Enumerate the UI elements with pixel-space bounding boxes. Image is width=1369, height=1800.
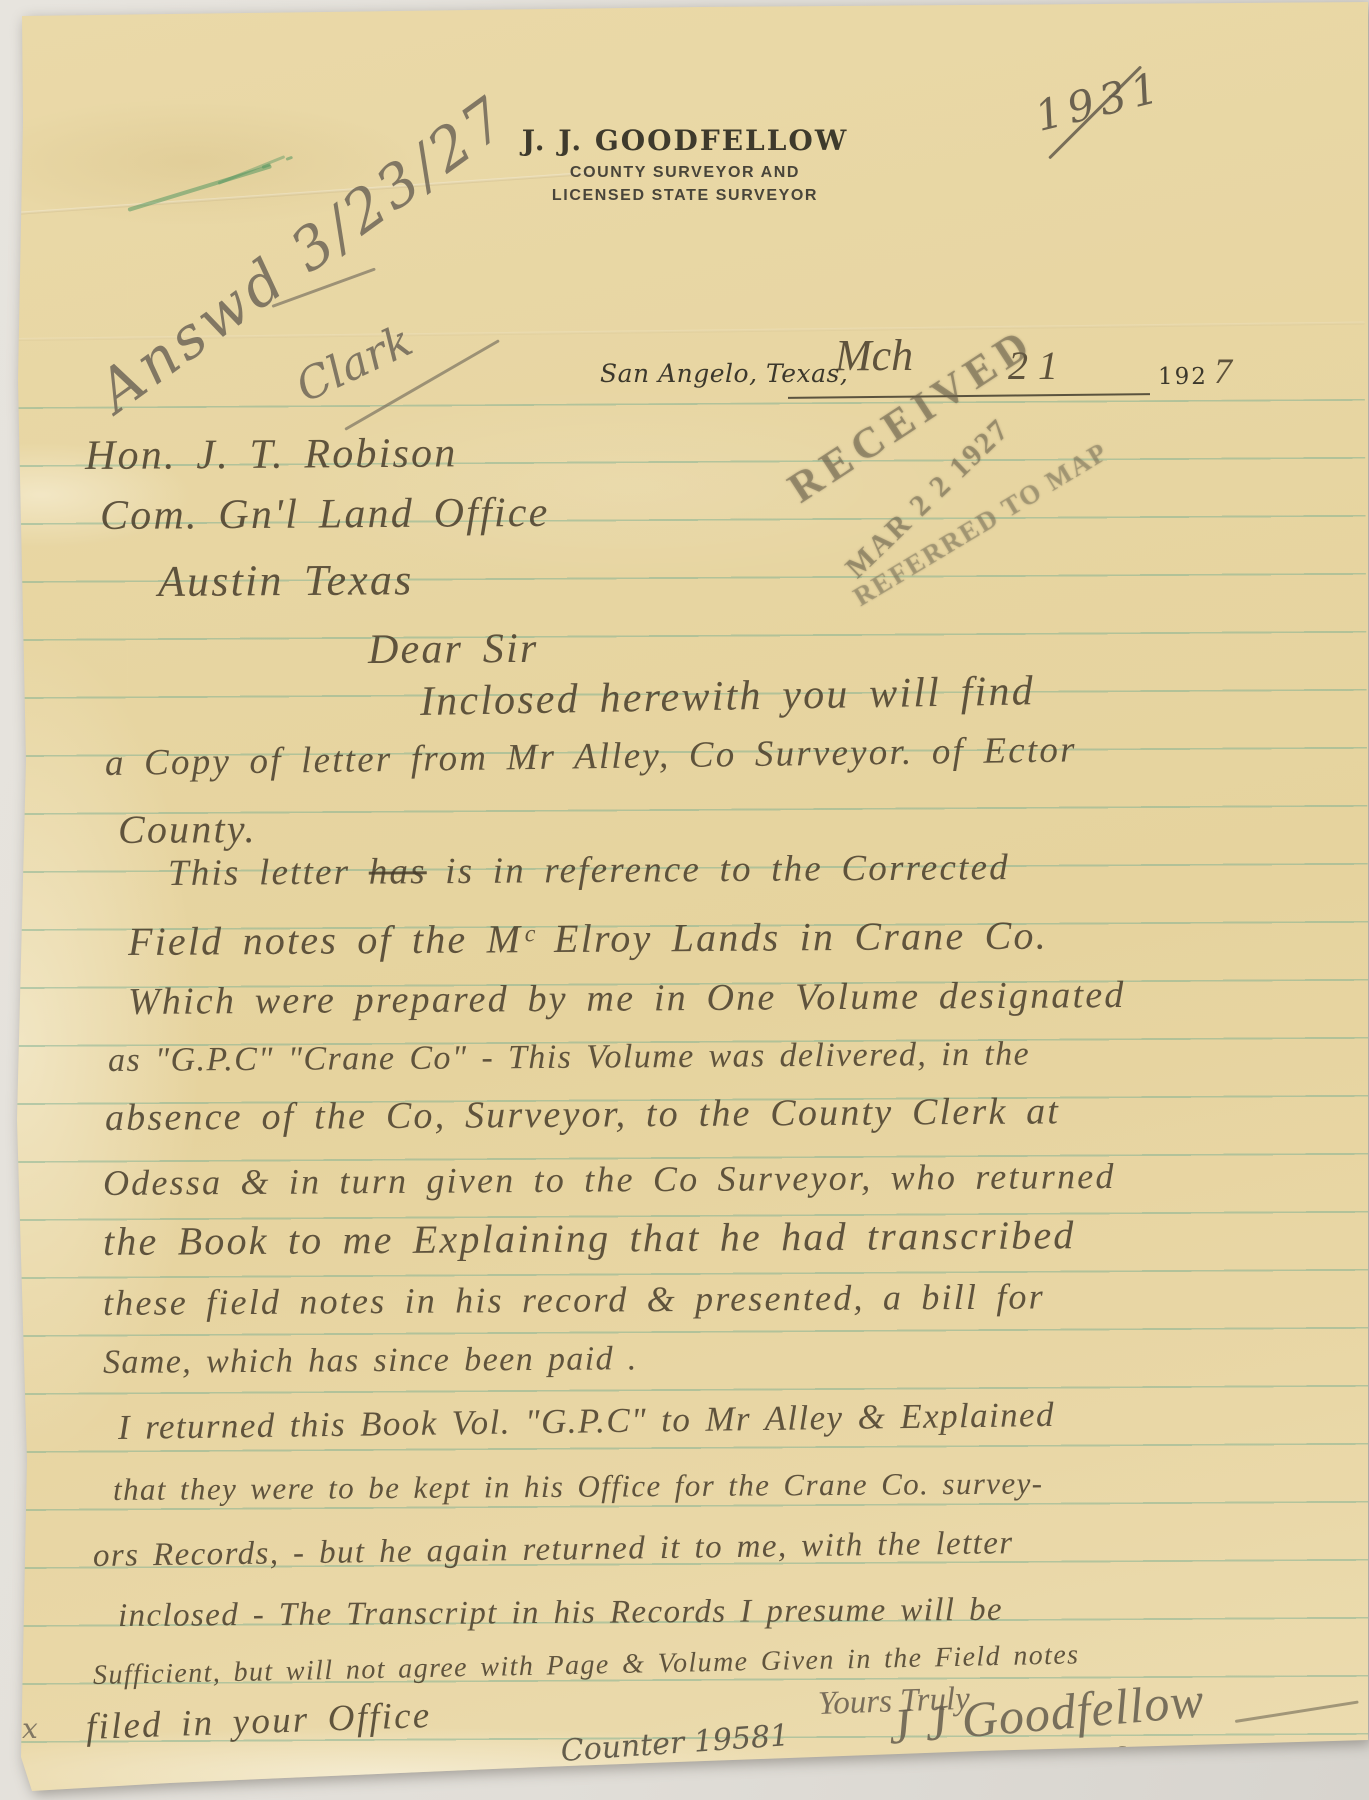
printed-dateline-place: San Angelo, Texas,: [600, 359, 848, 388]
handwritten-line: Same, which has since been paid .: [103, 1340, 638, 1382]
letterhead-name: J. J. GOODFELLOW: [520, 124, 850, 157]
paper-crease: [15, 172, 594, 215]
handwritten-line: Which were prepared by me in One Volume …: [128, 973, 1126, 1024]
handwritten-line: these field notes in his record & presen…: [103, 1275, 1045, 1324]
handwritten-line: County.: [118, 805, 257, 853]
written-year-digit: 7: [1214, 350, 1232, 392]
letter-paper: J. J. GOODFELLOW COUNTY SURVEYOR AND LIC…: [0, 0, 1369, 1800]
handwritten-line: Hon. J. T. Robison: [85, 429, 458, 480]
letterhead: J. J. GOODFELLOW COUNTY SURVEYOR AND LIC…: [520, 124, 850, 205]
filed-x-mark: x: [22, 1712, 38, 1745]
handwritten-line: inclosed - The Transcript in his Records…: [118, 1592, 1003, 1635]
handwritten-line: that they were to be kept in his Office …: [113, 1466, 1044, 1508]
handwritten-line: This letter has is in reference to the C…: [168, 846, 1010, 895]
letterhead-title-line1: COUNTY SURVEYOR AND: [520, 164, 850, 182]
handwritten-line: the Book to me Explaining that he had tr…: [103, 1211, 1076, 1265]
printed-year-prefix: 192: [1158, 364, 1208, 390]
handwritten-line: Odessa & in turn given to the Co Surveyo…: [103, 1155, 1116, 1204]
green-pencil-smudge: [217, 155, 285, 185]
handwritten-line: Dear Sir: [368, 625, 539, 674]
handwritten-line: as "G.P.C" "Crane Co" - This Volume was …: [108, 1036, 1030, 1080]
handwritten-line: Austin Texas: [158, 554, 414, 607]
handwritten-line: Com. Gn'l Land Office: [100, 489, 550, 540]
handwritten-line: absence of the Co, Surveyor, to the Coun…: [105, 1089, 1060, 1140]
file-number-annotation: 1931: [1030, 62, 1169, 141]
handwritten-line: Field notes of the Mᶜ Elroy Lands in Cra…: [128, 912, 1048, 965]
letterhead-title-line2: LICENSED STATE SURVEYOR: [520, 187, 850, 205]
paper-shadow-wrap: J. J. GOODFELLOW COUNTY SURVEYOR AND LIC…: [0, 0, 1369, 1800]
written-date-month: Mch: [835, 330, 913, 381]
green-pencil-dot: [285, 156, 293, 161]
scan-background: J. J. GOODFELLOW COUNTY SURVEYOR AND LIC…: [0, 0, 1369, 1800]
